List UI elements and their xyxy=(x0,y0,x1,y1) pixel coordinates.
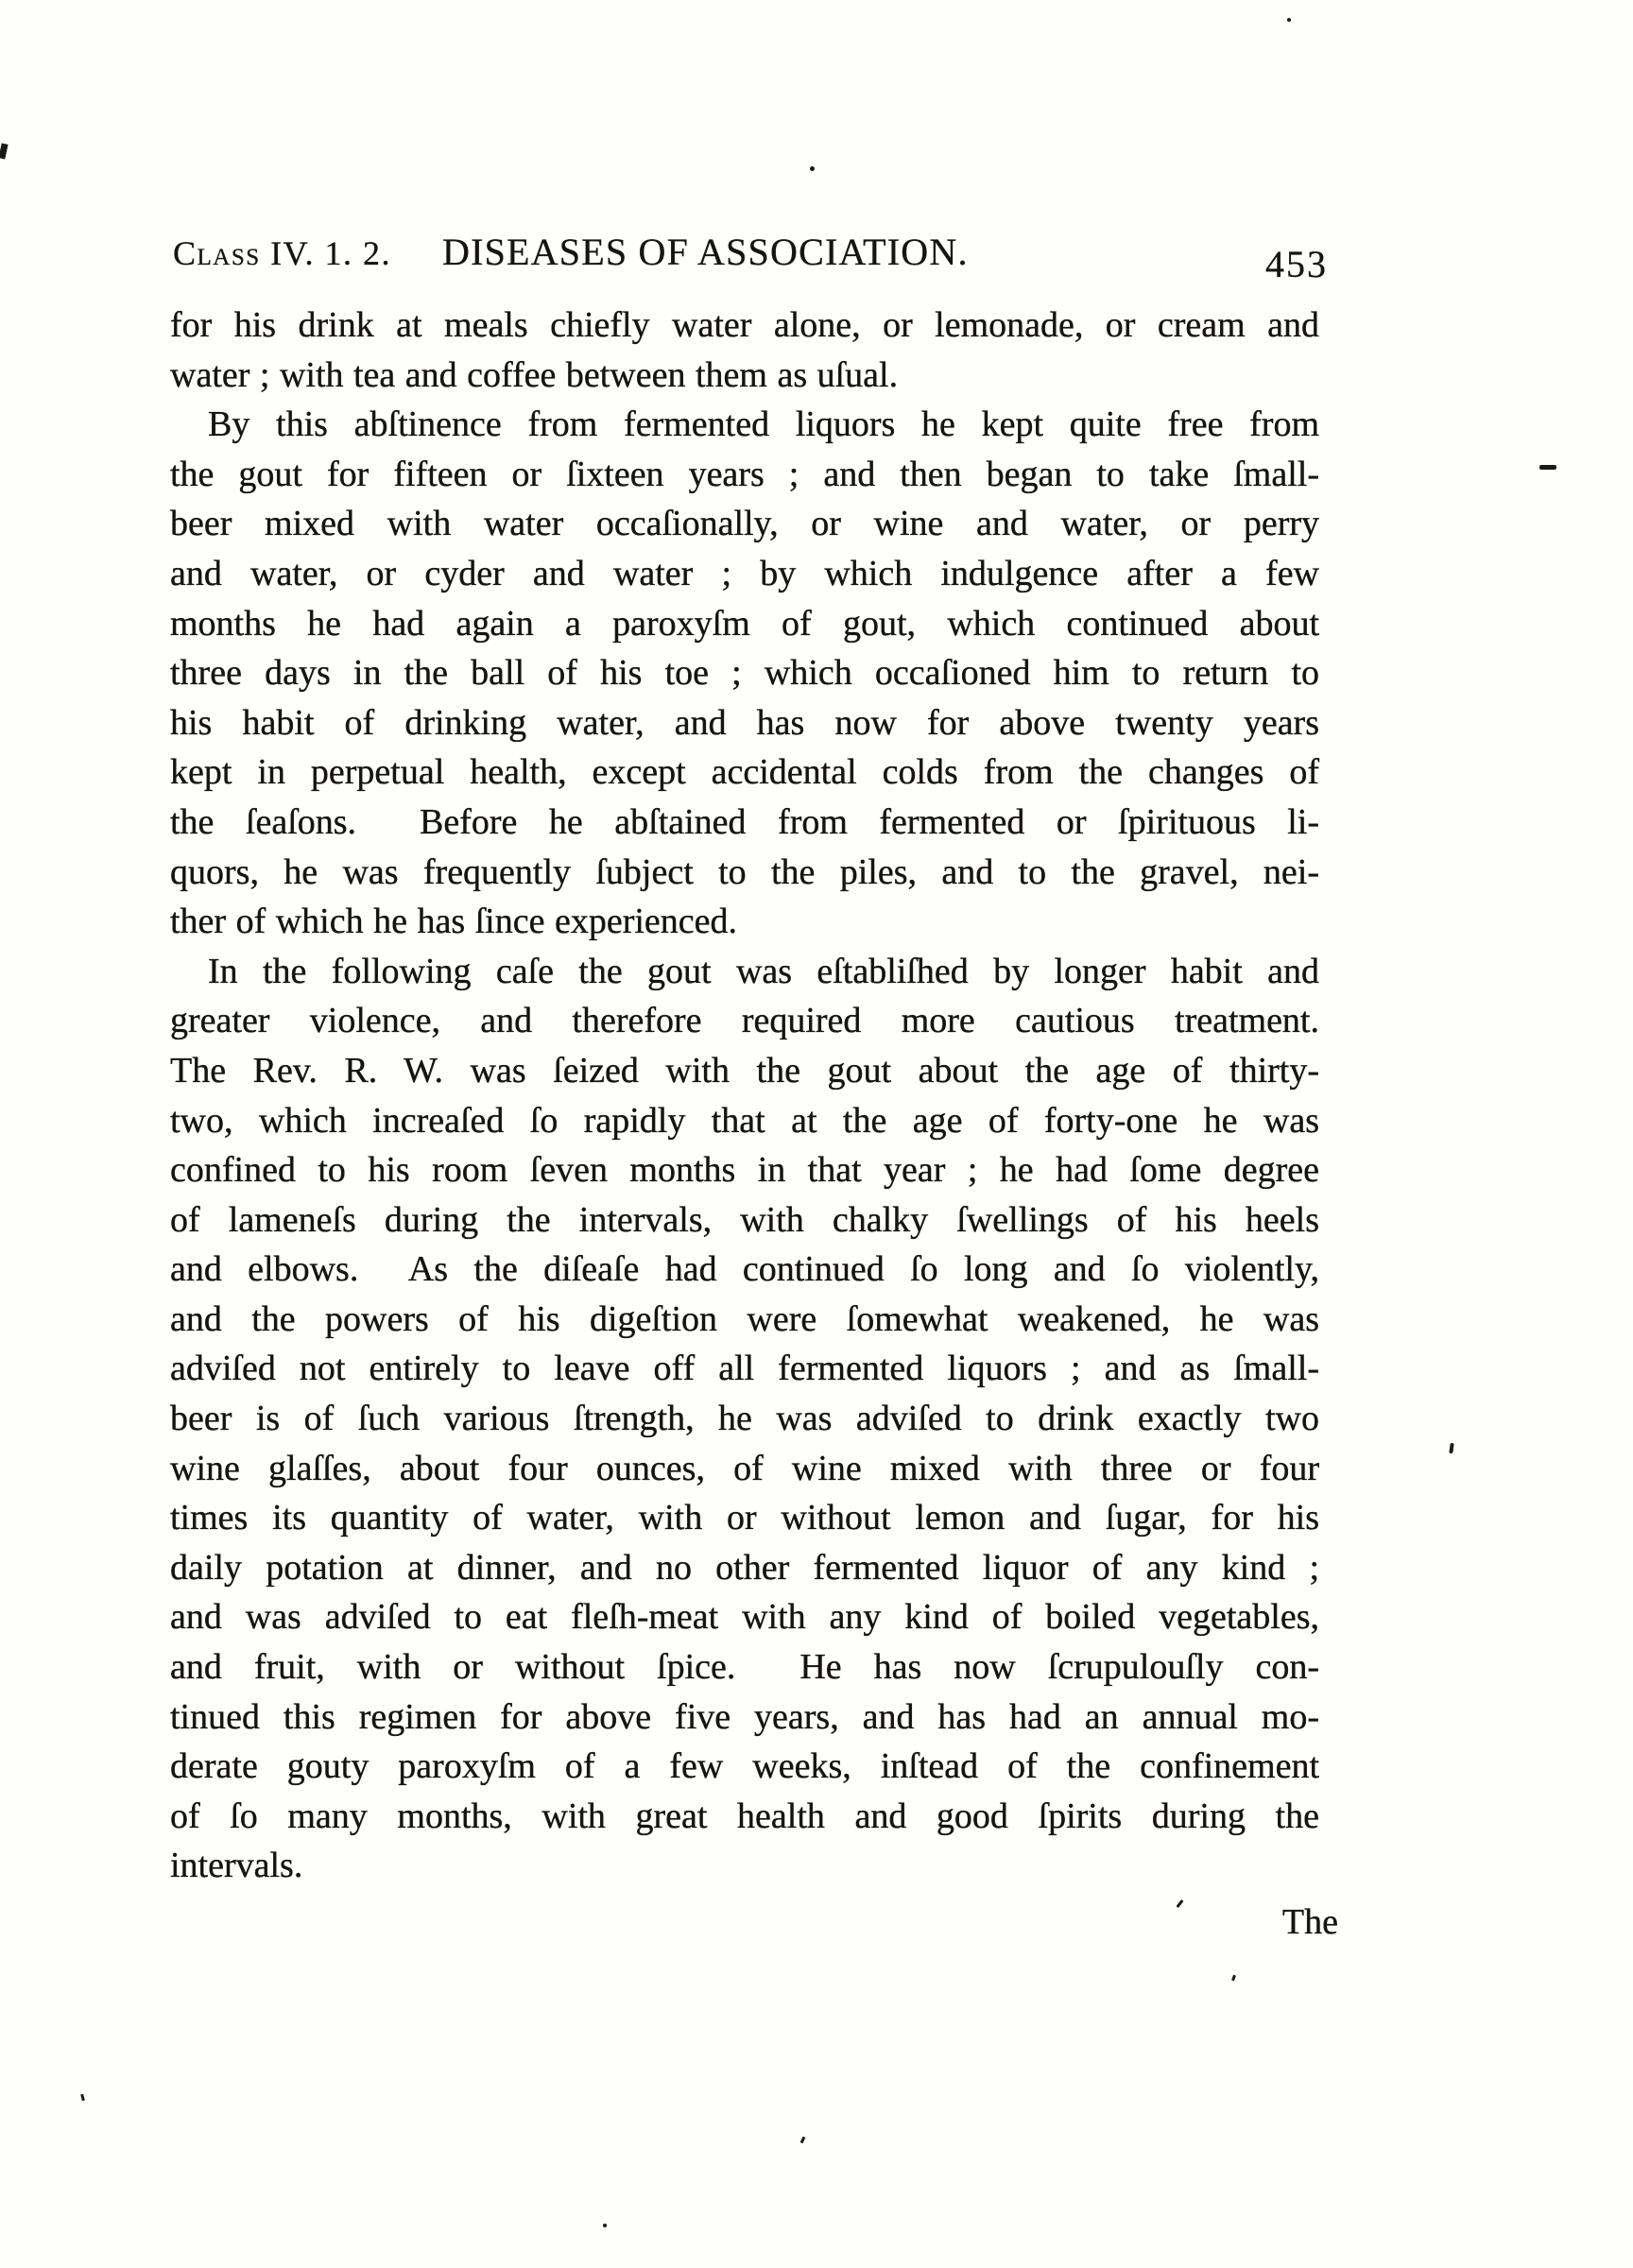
ink-speck xyxy=(80,2094,85,2102)
text-line: two, which increaſed ſo rapidly that at … xyxy=(170,1096,1319,1146)
text-line: kept in perpetual health, except acciden… xyxy=(170,747,1319,798)
text-line: By this abſtinence from fermented liquor… xyxy=(170,400,1319,450)
page-text: for his drink at meals chiefly water alo… xyxy=(170,301,1319,1891)
ink-speck xyxy=(1539,465,1556,470)
text-line: the gout for fifteen or ſixteen years ; … xyxy=(170,450,1319,500)
text-line: greater violence, and therefore required… xyxy=(170,996,1319,1046)
section-label: Class IV. 1. 2. xyxy=(173,233,391,273)
text-line: his habit of drinking water, and has now… xyxy=(170,698,1319,748)
text-line: of ſo many months, with great health and… xyxy=(170,1792,1319,1842)
text-line: and fruit, with or without ſpice. He has… xyxy=(170,1642,1319,1692)
catchword: The xyxy=(170,1901,1338,1943)
text-line: three days in the ball of his toe ; whic… xyxy=(170,648,1319,698)
text-line: daily potation at dinner, and no other f… xyxy=(170,1543,1319,1593)
text-line: wine glaſſes, about four ounces, of wine… xyxy=(170,1444,1319,1494)
page-header: Class IV. 1. 2. DISEASES OF ASSOCIATION.… xyxy=(173,230,1328,274)
text-line: ther of which he has ſince experienced. xyxy=(170,897,1319,947)
text-line: and the powers of his digeſtion were ſom… xyxy=(170,1295,1319,1345)
ink-speck xyxy=(0,143,9,159)
text-line: for his drink at meals chiefly water alo… xyxy=(170,301,1319,351)
text-line: intervals. xyxy=(170,1841,1319,1891)
text-line: of lameneſs during the intervals, with c… xyxy=(170,1195,1319,1246)
text-line: and water, or cyder and water ; by which… xyxy=(170,549,1319,599)
text-line: adviſed not entirely to leave off all fe… xyxy=(170,1344,1319,1394)
ink-speck xyxy=(1287,18,1291,22)
ink-speck xyxy=(1231,1975,1236,1982)
ink-speck xyxy=(800,2137,806,2144)
text-line: and elbows. As the diſeaſe had continued… xyxy=(170,1245,1319,1295)
text-line: tinued this regimen for above five years… xyxy=(170,1692,1319,1743)
text-line: water ; with tea and coffee between them… xyxy=(170,351,1319,401)
text-line: times its quantity of water, with or wit… xyxy=(170,1493,1319,1543)
text-line: beer is of ſuch various ſtrength, he was… xyxy=(170,1394,1319,1444)
ink-speck xyxy=(1449,1443,1453,1453)
book-page: Class IV. 1. 2. DISEASES OF ASSOCIATION.… xyxy=(0,0,1633,2268)
text-line: beer mixed with water occaſionally, or w… xyxy=(170,499,1319,549)
text-line: months he had again a paroxyſm of gout, … xyxy=(170,599,1319,649)
ink-speck xyxy=(810,166,815,171)
text-line: confined to his room ſeven months in tha… xyxy=(170,1145,1319,1195)
text-line: and was adviſed to eat fleſh-meat with a… xyxy=(170,1592,1319,1642)
text-line: derate gouty paroxyſm of a few weeks, in… xyxy=(170,1742,1319,1792)
text-line: quors, he was frequently ſubject to the … xyxy=(170,848,1319,898)
page-title: DISEASES OF ASSOCIATION. xyxy=(442,230,969,274)
text-line: the ſeaſons. Before he abſtained from fe… xyxy=(170,798,1319,848)
page-number: 453 xyxy=(1265,242,1328,286)
text-line: The Rev. R. W. was ſeized with the gout … xyxy=(170,1046,1319,1096)
text-line: In the following caſe the gout was eſtab… xyxy=(170,947,1319,997)
ink-speck xyxy=(603,2224,607,2227)
